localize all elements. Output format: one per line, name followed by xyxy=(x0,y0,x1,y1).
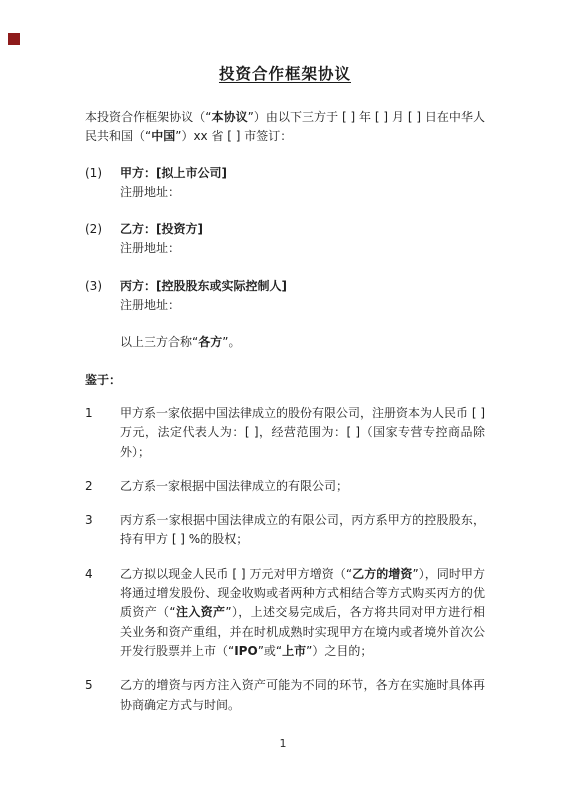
recital-item: 2 乙方系一家根据中国法律成立的有限公司； xyxy=(85,477,485,496)
document-page: 投资合作框架协议 本投资合作框架协议（“本协议”）由以下三方于 [ ] 年 [ … xyxy=(0,0,566,800)
recital-text: 乙方拟以现金人民币 [ ] 万元对甲方增资（“乙方的增资”），同时甲方将通过增发… xyxy=(120,565,485,661)
page-number: 1 xyxy=(0,737,566,751)
recital-number: 1 xyxy=(85,404,120,462)
recital-text: 乙方系一家根据中国法律成立的有限公司； xyxy=(120,477,485,496)
recital-text: 丙方系一家根据中国法律成立的有限公司，丙方系甲方的控股股东，持有甲方 [ ] %… xyxy=(120,511,485,550)
party-item: (1) 甲方：[拟上市公司] 注册地址： xyxy=(85,164,485,203)
party-number: (2) xyxy=(85,220,120,259)
whereas-heading: 鉴于： xyxy=(85,371,485,390)
party-item: (3) 丙方：[控股股东或实际控制人] 注册地址： xyxy=(85,277,485,316)
recital-text: 乙方的增资与丙方注入资产可能为不同的环节，各方在实施时具体再协商确定方式与时间。 xyxy=(120,676,485,715)
document-content: 投资合作框架协议 本投资合作框架协议（“本协议”）由以下三方于 [ ] 年 [ … xyxy=(85,0,485,730)
party-address-label: 注册地址： xyxy=(120,298,180,312)
party-item: (2) 乙方：[投资方] 注册地址： xyxy=(85,220,485,259)
recital-number: 5 xyxy=(85,676,120,715)
recital-text: 甲方系一家依据中国法律成立的股份有限公司，注册资本为人民币 [ ] 万元，法定代… xyxy=(120,404,485,462)
document-title: 投资合作框架协议 xyxy=(85,62,485,86)
collective-designation-line: 以上三方合称“各方”。 xyxy=(120,333,485,352)
recital-item: 4 乙方拟以现金人民币 [ ] 万元对甲方增资（“乙方的增资”），同时甲方将通过… xyxy=(85,565,485,661)
recital-number: 4 xyxy=(85,565,120,661)
party-name: 乙方：[投资方] xyxy=(120,222,203,236)
recital-number: 2 xyxy=(85,477,120,496)
recital-item: 5 乙方的增资与丙方注入资产可能为不同的环节，各方在实施时具体再协商确定方式与时… xyxy=(85,676,485,715)
party-name: 甲方：[拟上市公司] xyxy=(120,166,227,180)
party-number: (1) xyxy=(85,164,120,203)
recital-item: 1 甲方系一家依据中国法律成立的股份有限公司，注册资本为人民币 [ ] 万元，法… xyxy=(85,404,485,462)
party-address-label: 注册地址： xyxy=(120,241,180,255)
recital-number: 3 xyxy=(85,511,120,550)
party-address-label: 注册地址： xyxy=(120,185,180,199)
recital-item: 3 丙方系一家根据中国法律成立的有限公司，丙方系甲方的控股股东，持有甲方 [ ]… xyxy=(85,511,485,550)
corner-mark xyxy=(8,33,20,45)
party-name: 丙方：[控股股东或实际控制人] xyxy=(120,279,287,293)
intro-paragraph: 本投资合作框架协议（“本协议”）由以下三方于 [ ] 年 [ ] 月 [ ] 日… xyxy=(85,108,485,147)
party-number: (3) xyxy=(85,277,120,316)
